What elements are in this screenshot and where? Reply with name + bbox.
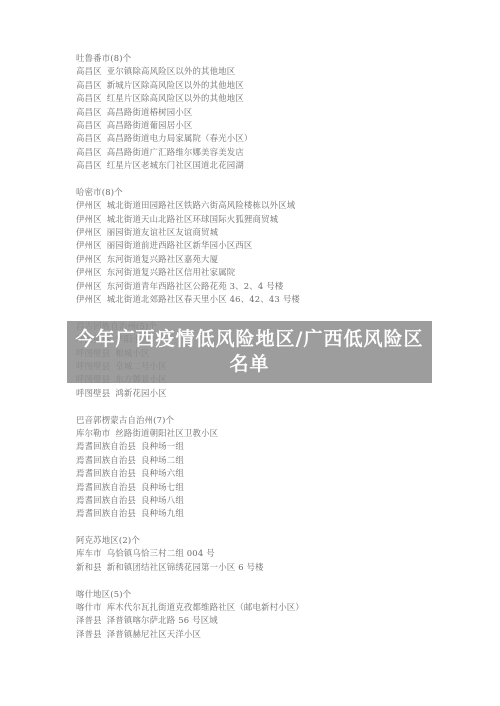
place-name: 良种场九组: [141, 508, 184, 518]
place-name: 高昌路街道葡园居小区: [107, 120, 193, 130]
list-item: 伊州区城北街道天山北路社区环球国际火狐狸商贸城: [76, 213, 476, 226]
district-name: 高昌区: [76, 106, 102, 119]
list-item: 伊州区东河街道复兴路社区嘉苑大厦: [76, 253, 476, 266]
district-name: 焉耆回族自治县: [76, 481, 136, 494]
place-name: 东河街道复兴路社区信用社家属院: [107, 267, 236, 277]
district-name: 焉耆回族自治县: [76, 454, 136, 467]
title-banner: 今年广西疫情低风险地区/广西低风险区名单: [67, 321, 432, 383]
district-name: 焉耆回族自治县: [76, 507, 136, 520]
list-item: 焉耆回族自治县良种场六组: [76, 467, 476, 480]
list-item: 高昌区高昌路街道电力局家属院（春光小区）: [76, 132, 476, 145]
district-name: 喀什市: [76, 601, 102, 614]
place-name: 城北街道天山北路社区环球国际火狐狸商贸城: [107, 214, 279, 224]
list-item: 伊州区城北街道北郊路社区春天里小区 46、42、43 号楼: [76, 293, 476, 306]
district-name: 库尔勒市: [76, 427, 110, 440]
place-name: 红星片区老城东门社区国道北花园湖: [107, 160, 244, 170]
place-name: 良种场八组: [141, 495, 184, 505]
place-name: 东河街道青年西路社区公路花苑 3、2、4 号楼: [107, 281, 284, 291]
district-name: 伊州区: [76, 293, 102, 306]
section-bayingolin: 巴音郭楞蒙古自治州(7)个 库尔勒市丝路街道朝阳社区卫教小区 焉耆回族自治县良种…: [76, 414, 476, 521]
place-name: 鸿新花园小区: [115, 388, 166, 398]
place-name: 新和镇团结社区锦绣花园第一小区 6 号楼: [107, 562, 264, 572]
section-heading: 喀什地区(5)个: [76, 588, 476, 601]
district-name: 泽普县: [76, 628, 102, 641]
list-item: 高昌区红星片区除高风险区以外的其他地区: [76, 92, 476, 105]
list-item: 焉耆回族自治县良种场八组: [76, 494, 476, 507]
place-name: 乌恰镇乌恰三村二组 004 号: [107, 548, 215, 558]
district-name: 焉耆回族自治县: [76, 494, 136, 507]
section-turpan: 吐鲁番市(8)个 高昌区亚尔镇除高风险区以外的其他地区 高昌区新城片区除高风险区…: [76, 52, 476, 173]
list-item: 高昌区高昌路街道椿树园小区: [76, 106, 476, 119]
list-item: 高昌区亚尔镇除高风险区以外的其他地区: [76, 65, 476, 78]
list-item: 库车市乌恰镇乌恰三村二组 004 号: [76, 547, 476, 560]
place-name: 东河街道复兴路社区嘉苑大厦: [107, 254, 218, 264]
district-name: 高昌区: [76, 65, 102, 78]
list-item: 库尔勒市丝路街道朝阳社区卫教小区: [76, 427, 476, 440]
list-item: 焉耆回族自治县良种场九组: [76, 507, 476, 520]
place-name: 高昌路街道电力局家属院（春光小区）: [107, 133, 253, 143]
section-hami: 哈密市(8)个 伊州区城北街道田园路社区铁路六街高风险楼栋以外区域 伊州区城北街…: [76, 186, 476, 307]
place-name: 丽园街道友谊社区友谊商贸城: [107, 227, 218, 237]
district-name: 呼图壁县: [76, 387, 110, 400]
district-name: 伊州区: [76, 266, 102, 279]
place-name: 亚尔镇除高风险区以外的其他地区: [107, 66, 236, 76]
list-item: 高昌区高昌路街道葡园居小区: [76, 119, 476, 132]
district-name: 伊州区: [76, 280, 102, 293]
section-heading: 吐鲁番市(8)个: [76, 52, 476, 65]
district-name: 焉耆回族自治县: [76, 440, 136, 453]
place-name: 库木代尔瓦扎街道克孜都维路社区（邮电新村小区）: [107, 602, 304, 612]
list-item: 伊州区东河街道复兴路社区信用社家属院: [76, 266, 476, 279]
place-name: 高昌路街道广汇路维尔娜美容美发店: [107, 147, 244, 157]
district-name: 高昌区: [76, 119, 102, 132]
district-name: 伊州区: [76, 253, 102, 266]
place-name: 泽普镇赫尼社区天洋小区: [107, 629, 201, 639]
place-name: 城北街道北郊路社区春天里小区 46、42、43 号楼: [107, 294, 300, 304]
district-name: 高昌区: [76, 132, 102, 145]
district-name: 伊州区: [76, 199, 102, 212]
section-aksu: 阿克苏地区(2)个 库车市乌恰镇乌恰三村二组 004 号 新和县新和镇团结社区锦…: [76, 534, 476, 574]
place-name: 丽园街道前进西路社区新华园小区西区: [107, 240, 253, 250]
list-item: 焉耆回族自治县良种场二组: [76, 454, 476, 467]
list-item: 泽普县泽普镇喀尔萨北路 56 号区域: [76, 614, 476, 627]
district-name: 伊州区: [76, 213, 102, 226]
section-kashgar: 喀什地区(5)个 喀什市库木代尔瓦扎街道克孜都维路社区（邮电新村小区） 泽普县泽…: [76, 588, 476, 642]
place-name: 高昌路街道椿树园小区: [107, 107, 193, 117]
section-heading: 阿克苏地区(2)个: [76, 534, 476, 547]
district-name: 高昌区: [76, 159, 102, 172]
district-name: 高昌区: [76, 146, 102, 159]
list-item: 泽普县泽普镇赫尼社区天洋小区: [76, 628, 476, 641]
list-item: 焉耆回族自治县良种场七组: [76, 481, 476, 494]
district-name: 伊州区: [76, 226, 102, 239]
list-item: 新和县新和镇团结社区锦绣花园第一小区 6 号楼: [76, 561, 476, 574]
district-name: 高昌区: [76, 92, 102, 105]
list-item: 伊州区城北街道田园路社区铁路六街高风险楼栋以外区域: [76, 199, 476, 212]
list-item: 焉耆回族自治县良种场一组: [76, 440, 476, 453]
place-name: 丝路街道朝阳社区卫教小区: [115, 428, 218, 438]
place-name: 良种场一组: [141, 441, 184, 451]
place-name: 良种场二组: [141, 455, 184, 465]
district-name: 伊州区: [76, 239, 102, 252]
list-item: 伊州区东河街道青年西路社区公路花苑 3、2、4 号楼: [76, 280, 476, 293]
list-item: 高昌区新城片区除高风险区以外的其他地区: [76, 79, 476, 92]
place-name: 良种场七组: [141, 482, 184, 492]
section-heading: 巴音郭楞蒙古自治州(7)个: [76, 414, 476, 427]
place-name: 城北街道田园路社区铁路六街高风险楼栋以外区域: [107, 200, 296, 210]
list-item: 高昌区红星片区老城东门社区国道北花园湖: [76, 159, 476, 172]
list-item: 伊州区丽园街道友谊社区友谊商贸城: [76, 226, 476, 239]
district-name: 库车市: [76, 547, 102, 560]
district-name: 新和县: [76, 561, 102, 574]
district-name: 泽普县: [76, 614, 102, 627]
list-item: 伊州区丽园街道前进西路社区新华园小区西区: [76, 239, 476, 252]
place-name: 良种场六组: [141, 468, 184, 478]
section-heading: 哈密市(8)个: [76, 186, 476, 199]
list-item: 喀什市库木代尔瓦扎街道克孜都维路社区（邮电新村小区）: [76, 601, 476, 614]
place-name: 红星片区除高风险区以外的其他地区: [107, 93, 244, 103]
place-name: 泽普镇喀尔萨北路 56 号区域: [107, 615, 218, 625]
banner-title: 今年广西疫情低风险地区/广西低风险区名单: [67, 327, 432, 377]
place-name: 新城片区除高风险区以外的其他地区: [107, 80, 244, 90]
list-item: 高昌区高昌路街道广汇路维尔娜美容美发店: [76, 146, 476, 159]
list-item: 呼图壁县鸿新花园小区: [76, 387, 476, 400]
district-name: 高昌区: [76, 79, 102, 92]
district-name: 焉耆回族自治县: [76, 467, 136, 480]
